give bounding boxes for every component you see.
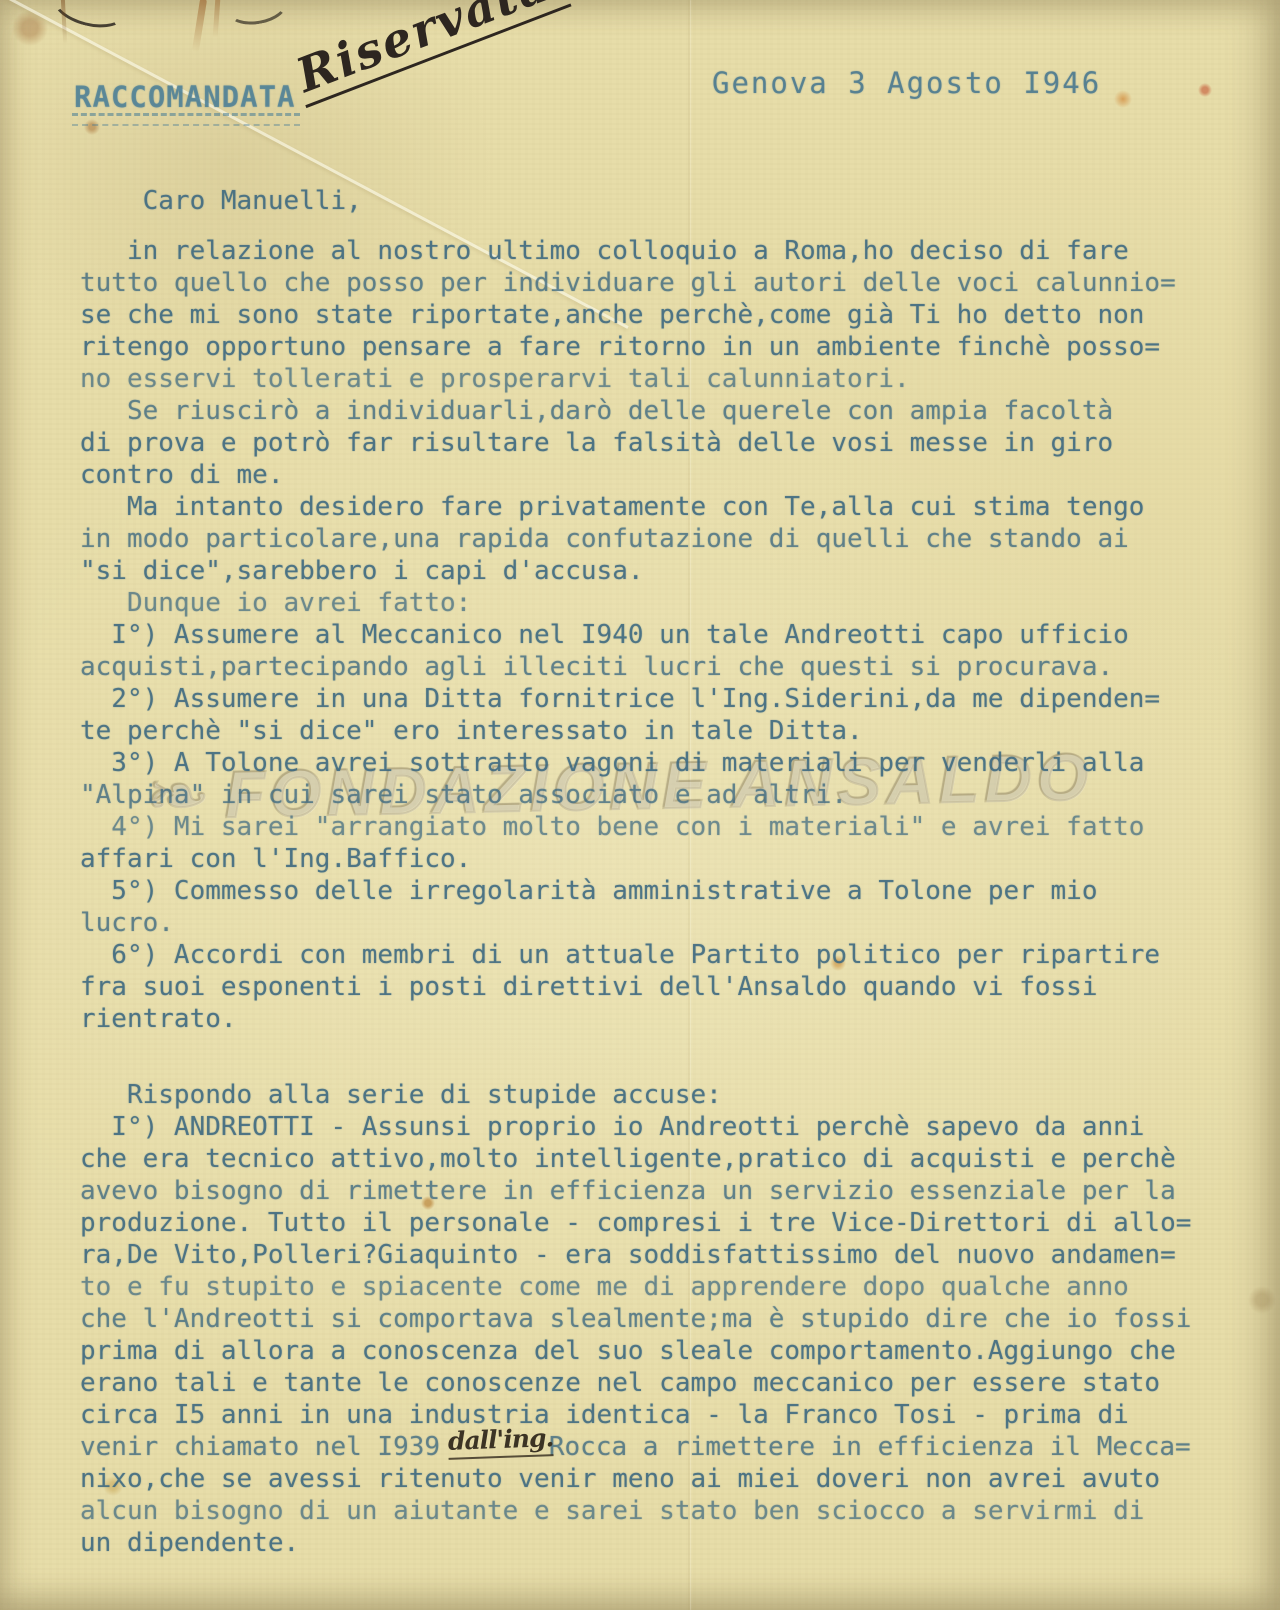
handwritten-reserved-note: Riservata bbox=[286, 0, 572, 108]
letter-line: no esservi tollerati e prosperarvi tali … bbox=[80, 363, 1210, 395]
letter-line: prima di allora a conoscenza del suo sle… bbox=[80, 1335, 1210, 1367]
dateline: Genova 3 Agosto I946 bbox=[712, 66, 1101, 100]
letter-line: te perchè "si dice" ero interessato in t… bbox=[80, 715, 1210, 747]
letter-line: 2°) Assumere in una Ditta fornitrice l'I… bbox=[80, 683, 1210, 715]
letter-line: un dipendente. bbox=[80, 1527, 1210, 1559]
typed-text: Rocca a rimettere in efficienza il Mecca… bbox=[549, 1432, 1191, 1462]
letter-line: nixo,che se avessi ritenuto venir meno a… bbox=[80, 1463, 1210, 1495]
letter-line: Ma intanto desidero fare privatamente co… bbox=[80, 491, 1210, 523]
letter-line: Se riuscirò a individuarli,darò delle qu… bbox=[80, 395, 1210, 427]
letter-line: acquisti,partecipando agli illeciti lucr… bbox=[80, 651, 1210, 683]
scanned-letter-page: ❧FONDAZIONE ANSALDO RACCOMANDATA Riserva… bbox=[0, 0, 1280, 1610]
letter-line: erano tali e tante le conoscenze nel cam… bbox=[80, 1367, 1210, 1399]
letter-line: I°) Assumere al Meccanico nel I940 un ta… bbox=[80, 619, 1210, 651]
letter-line: in relazione al nostro ultimo colloquio … bbox=[80, 235, 1210, 267]
letter-line: contro di me. bbox=[80, 459, 1210, 491]
ink-scribble-mark bbox=[223, 0, 290, 29]
letter-line: 6°) Accordi con membri di un attuale Par… bbox=[80, 939, 1210, 971]
registered-mail-stamp: RACCOMANDATA bbox=[74, 80, 296, 114]
letter-line: venir chiamato nel I939 dall'ing.Rocca a… bbox=[80, 1431, 1210, 1463]
letter-line: 5°) Commesso delle irregolarità amminist… bbox=[80, 875, 1210, 907]
letter-line: to e fu stupito e spiacente come me di a… bbox=[80, 1271, 1210, 1303]
letter-line: che era tecnico attivo,molto intelligent… bbox=[80, 1143, 1210, 1175]
letter-line: ra,De Vito,Polleri?Giaquinto - era soddi… bbox=[80, 1239, 1210, 1271]
blank-gap bbox=[80, 1035, 1210, 1079]
handwritten-insertion: dall'ing. bbox=[447, 1422, 553, 1460]
letter-line: ritengo opportuno pensare a fare ritorno… bbox=[80, 331, 1210, 363]
letter-line: "Alpina" in cui sarei stato associato e … bbox=[80, 779, 1210, 811]
letter-line: in modo particolare,una rapida confutazi… bbox=[80, 523, 1210, 555]
letter-line: di prova e potrò far risultare la falsit… bbox=[80, 427, 1210, 459]
letter-line: 4°) Mi sarei "arrangiato molto bene con … bbox=[80, 811, 1210, 843]
letter-line: fra suoi esponenti i posti direttivi del… bbox=[80, 971, 1210, 1003]
letter-line: circa I5 anni in una industria identica … bbox=[80, 1399, 1210, 1431]
letter-line: se che mi sono state riportate,anche per… bbox=[80, 299, 1210, 331]
blank-gap bbox=[80, 217, 1210, 235]
letter-line: che l'Andreotti si comportava slealmente… bbox=[80, 1303, 1210, 1335]
letter-line: alcun bisogno di un aiutante e sarei sta… bbox=[80, 1495, 1210, 1527]
rust-stain bbox=[192, 0, 207, 52]
letter-line: rientrato. bbox=[80, 1003, 1210, 1035]
rust-stain bbox=[213, 0, 221, 38]
typed-text: venir chiamato nel I939 bbox=[80, 1432, 456, 1462]
letter-line: "si dice",sarebbero i capi d'accusa. bbox=[80, 555, 1210, 587]
letter-line: Caro Manuelli, bbox=[80, 185, 1210, 217]
letter-line: lucro. bbox=[80, 907, 1210, 939]
letter-body: Caro Manuelli, in relazione al nostro ul… bbox=[80, 185, 1210, 1559]
letter-line: I°) ANDREOTTI - Assunsi proprio io Andre… bbox=[80, 1111, 1210, 1143]
letter-line: Rispondo alla serie di stupide accuse: bbox=[80, 1079, 1210, 1111]
letter-line: avevo bisogno di rimettere in efficienza… bbox=[80, 1175, 1210, 1207]
letter-line: 3°) A Tolone avrei sottratto vagoni di m… bbox=[80, 747, 1210, 779]
letter-line: tutto quello che posso per individuare g… bbox=[80, 267, 1210, 299]
letter-line: produzione. Tutto il personale - compres… bbox=[80, 1207, 1210, 1239]
letter-line: affari con l'Ing.Baffico. bbox=[80, 843, 1210, 875]
letter-line: Dunque io avrei fatto: bbox=[80, 587, 1210, 619]
